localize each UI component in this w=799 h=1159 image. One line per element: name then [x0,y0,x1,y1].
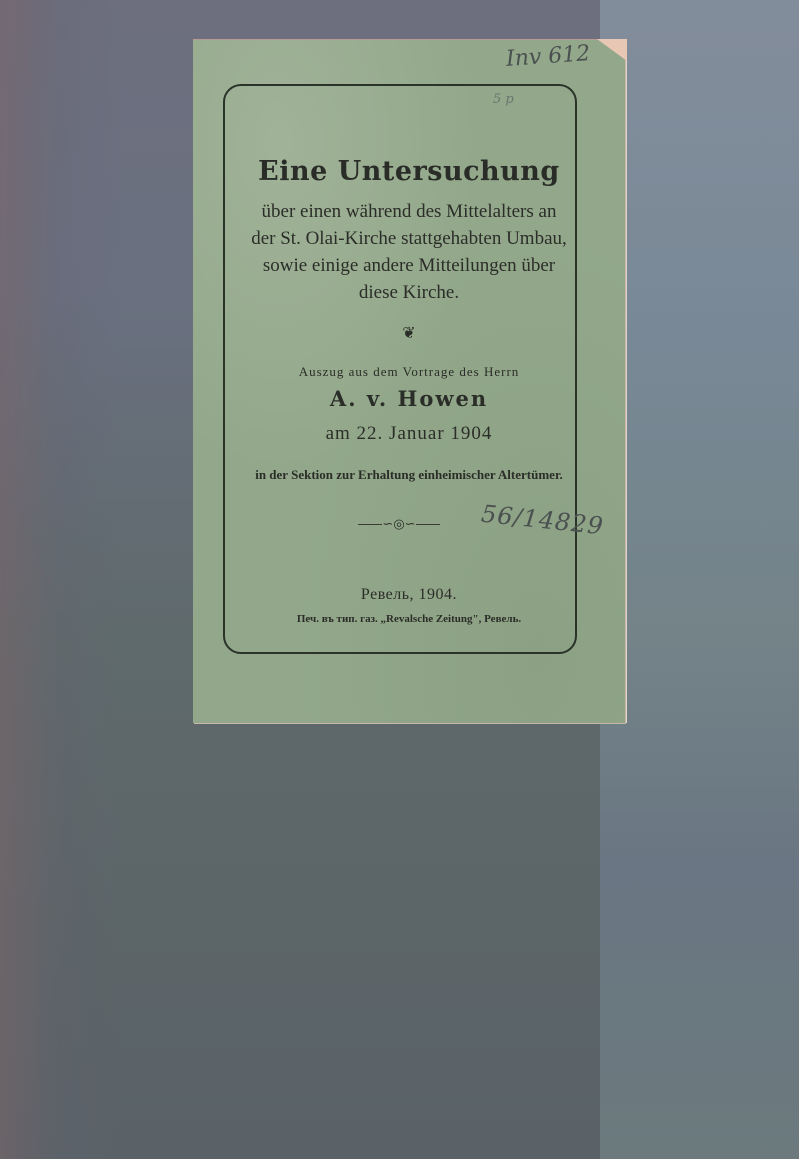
imprint-place: Ревель, 1904. [193,586,625,604]
document-title: Eine Untersuchung [193,156,625,187]
inventory-number: Inv 612 [505,41,591,72]
author-name: A. v. Howen [193,386,625,411]
lecture-date: am 22. Januar 1904 [193,423,625,445]
subtitle-line: der St. Olai-Kirche stattgehabten Umbau, [193,225,625,252]
ornament-icon: ∽◎∽ [358,516,440,532]
document-subtitle: über einen während des Mittelalters an d… [193,198,625,306]
printer-line: Печ. въ тип. газ. „Revalsche Zeitung", Р… [193,613,625,625]
subtitle-line: sowie einige andere Mitteilungen über [193,252,625,279]
background-scanner [600,0,799,1159]
section-line: in der Sektion zur Erhaltung einheimisch… [193,467,625,483]
torn-corner [597,39,627,61]
booklet-cover: Inv 612 5 р Eine Untersuchung über einen… [193,39,625,723]
excerpt-line: Auszug aus dem Vortrage des Herrn [193,364,625,380]
flourish-icon: ❦ [193,323,625,343]
subtitle-line: über einen während des Mittelalters an [193,198,625,225]
subtitle-line: diese Kirche. [193,279,625,306]
